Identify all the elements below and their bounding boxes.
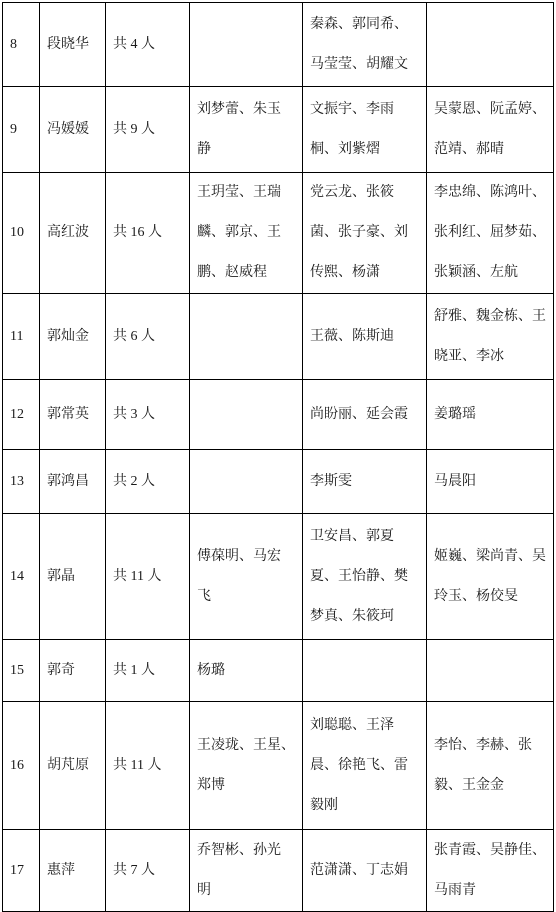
group-3-names-cell: 舒雅、魏金栋、王 晓亚、李冰	[427, 294, 554, 380]
teacher-name-cell: 郭常英	[40, 380, 106, 450]
table-row: 14郭晶共 11 人傅葆明、马宏 飞卫安昌、郭夏 夏、王怡静、樊 梦真、朱筱珂姬…	[3, 514, 554, 640]
teacher-name-cell: 郭奇	[40, 640, 106, 702]
group-2-names-cell	[303, 640, 427, 702]
table-row: 13郭鸿昌共 2 人李斯雯马晨阳	[3, 450, 554, 514]
group-1-names-cell	[190, 380, 303, 450]
document-page: 8段晓华共 4 人秦森、郭同希、 马莹莹、胡耀文9冯媛媛共 9 人刘梦蕾、朱玉 …	[0, 0, 556, 912]
group-2-names-cell: 范潇潇、丁志娟	[303, 830, 427, 912]
group-1-names-cell	[190, 450, 303, 514]
group-2-names-cell: 卫安昌、郭夏 夏、王怡静、樊 梦真、朱筱珂	[303, 514, 427, 640]
table-row: 15郭奇共 1 人杨璐	[3, 640, 554, 702]
teacher-name-cell: 冯媛媛	[40, 87, 106, 173]
group-1-names-cell	[190, 3, 303, 87]
teacher-name-cell: 惠萍	[40, 830, 106, 912]
row-number-cell: 12	[3, 380, 40, 450]
group-3-names-cell: 马晨阳	[427, 450, 554, 514]
teacher-name-cell: 郭鸿昌	[40, 450, 106, 514]
group-2-names-cell: 李斯雯	[303, 450, 427, 514]
row-number-cell: 17	[3, 830, 40, 912]
group-3-names-cell: 李怡、李赫、张 毅、王金金	[427, 702, 554, 830]
row-number-cell: 9	[3, 87, 40, 173]
table-row: 10高红波共 16 人王玥莹、王瑞 麟、郭京、王 鹏、赵威程党云龙、张筱 菌、张…	[3, 173, 554, 294]
group-3-names-cell: 李忠绵、陈鸿叶、 张利红、屈梦茹、 张颖涵、左航	[427, 173, 554, 294]
teacher-name-cell: 段晓华	[40, 3, 106, 87]
group-1-names-cell	[190, 294, 303, 380]
group-1-names-cell: 乔智彬、孙光 明	[190, 830, 303, 912]
group-2-names-cell: 王薇、陈斯迪	[303, 294, 427, 380]
student-count-cell: 共 2 人	[106, 450, 190, 514]
group-3-names-cell: 张青霞、吴静佳、 马雨青	[427, 830, 554, 912]
student-count-cell: 共 9 人	[106, 87, 190, 173]
row-number-cell: 15	[3, 640, 40, 702]
group-2-names-cell: 党云龙、张筱 菌、张子豪、刘 传熙、杨潇	[303, 173, 427, 294]
row-number-cell: 10	[3, 173, 40, 294]
student-count-cell: 共 1 人	[106, 640, 190, 702]
roster-table: 8段晓华共 4 人秦森、郭同希、 马莹莹、胡耀文9冯媛媛共 9 人刘梦蕾、朱玉 …	[2, 2, 554, 912]
row-number-cell: 13	[3, 450, 40, 514]
table-row: 8段晓华共 4 人秦森、郭同希、 马莹莹、胡耀文	[3, 3, 554, 87]
group-1-names-cell: 傅葆明、马宏 飞	[190, 514, 303, 640]
student-count-cell: 共 16 人	[106, 173, 190, 294]
table-row: 16胡芃原共 11 人王凌珑、王星、 郑博刘聪聪、王泽 晨、徐艳飞、雷 毅刚李怡…	[3, 702, 554, 830]
group-3-names-cell	[427, 640, 554, 702]
group-2-names-cell: 尚盼丽、延会霞	[303, 380, 427, 450]
table-row: 9冯媛媛共 9 人刘梦蕾、朱玉 静文振宇、李雨 桐、刘紫熠吴蒙恩、阮孟婷、 范靖…	[3, 87, 554, 173]
group-1-names-cell: 杨璐	[190, 640, 303, 702]
table-row: 17惠萍共 7 人乔智彬、孙光 明范潇潇、丁志娟张青霞、吴静佳、 马雨青	[3, 830, 554, 912]
teacher-name-cell: 郭灿金	[40, 294, 106, 380]
student-count-cell: 共 11 人	[106, 514, 190, 640]
table-row: 12郭常英共 3 人尚盼丽、延会霞姜璐瑶	[3, 380, 554, 450]
group-3-names-cell	[427, 3, 554, 87]
group-3-names-cell: 姜璐瑶	[427, 380, 554, 450]
student-count-cell: 共 4 人	[106, 3, 190, 87]
group-1-names-cell: 王玥莹、王瑞 麟、郭京、王 鹏、赵威程	[190, 173, 303, 294]
teacher-name-cell: 高红波	[40, 173, 106, 294]
row-number-cell: 8	[3, 3, 40, 87]
teacher-name-cell: 郭晶	[40, 514, 106, 640]
student-count-cell: 共 3 人	[106, 380, 190, 450]
group-1-names-cell: 王凌珑、王星、 郑博	[190, 702, 303, 830]
row-number-cell: 14	[3, 514, 40, 640]
table-row: 11郭灿金共 6 人王薇、陈斯迪舒雅、魏金栋、王 晓亚、李冰	[3, 294, 554, 380]
student-count-cell: 共 6 人	[106, 294, 190, 380]
teacher-name-cell: 胡芃原	[40, 702, 106, 830]
group-3-names-cell: 吴蒙恩、阮孟婷、 范靖、郝晴	[427, 87, 554, 173]
group-2-names-cell: 秦森、郭同希、 马莹莹、胡耀文	[303, 3, 427, 87]
student-count-cell: 共 7 人	[106, 830, 190, 912]
student-count-cell: 共 11 人	[106, 702, 190, 830]
group-2-names-cell: 刘聪聪、王泽 晨、徐艳飞、雷 毅刚	[303, 702, 427, 830]
roster-table-body: 8段晓华共 4 人秦森、郭同希、 马莹莹、胡耀文9冯媛媛共 9 人刘梦蕾、朱玉 …	[3, 3, 554, 912]
group-3-names-cell: 姬巍、梁尚青、吴 玲玉、杨佼旻	[427, 514, 554, 640]
row-number-cell: 11	[3, 294, 40, 380]
group-2-names-cell: 文振宇、李雨 桐、刘紫熠	[303, 87, 427, 173]
group-1-names-cell: 刘梦蕾、朱玉 静	[190, 87, 303, 173]
row-number-cell: 16	[3, 702, 40, 830]
